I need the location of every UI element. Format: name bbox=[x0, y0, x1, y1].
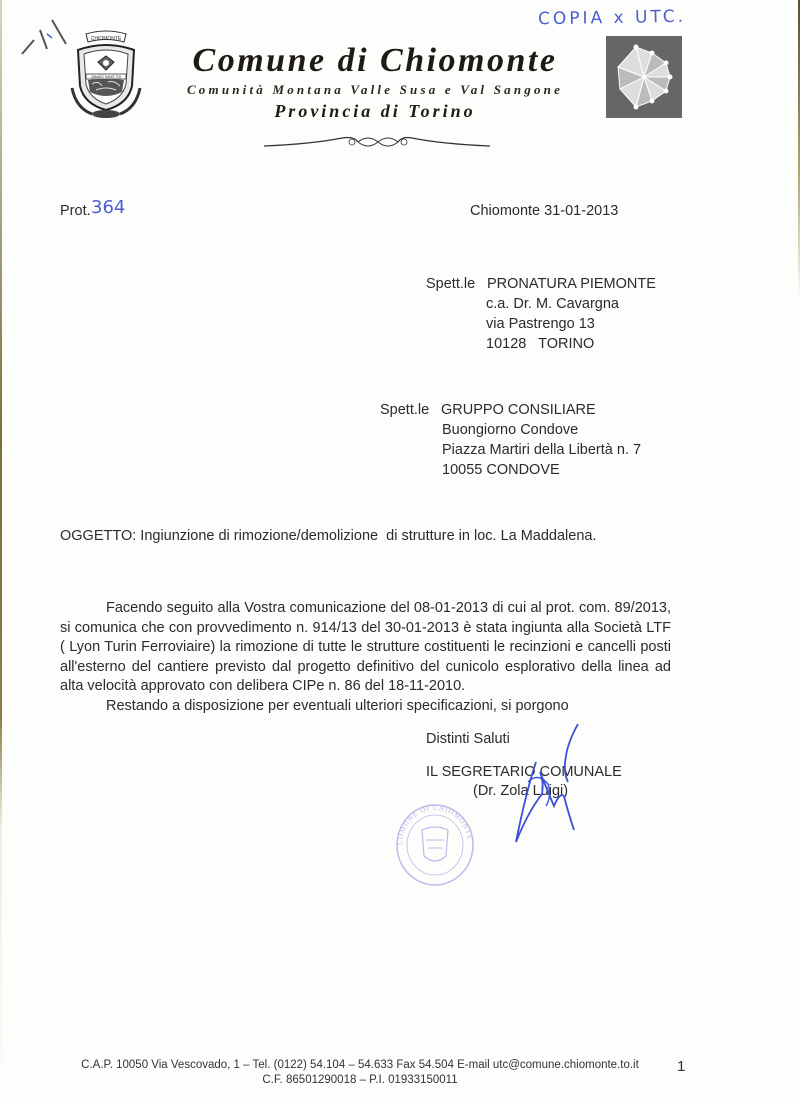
protocol-number: 364 bbox=[91, 197, 125, 218]
body-paragraph: Facendo seguito alla Vostra comunicazion… bbox=[60, 599, 671, 697]
recipient-line: via Pastrengo 13 bbox=[486, 314, 656, 334]
municipality-title: Comune di Chiomonte bbox=[160, 42, 590, 80]
recipient-line: 10055 CONDOVE bbox=[442, 460, 641, 480]
footer-tax-ids: C.F. 86501290018 – P.I. 01933150011 bbox=[60, 1074, 660, 1086]
letter-body: Facendo seguito alla Vostra comunicazion… bbox=[60, 599, 671, 717]
official-stamp-icon: COMUNE DI CHIOMONTE bbox=[392, 800, 478, 890]
recipient-line: c.a. Dr. M. Cavargna bbox=[486, 294, 656, 314]
recipient-prefix: Spett.le bbox=[426, 274, 487, 294]
recipient-line: 10128 TORINO bbox=[486, 334, 656, 354]
protocol-label: Prot. bbox=[60, 201, 91, 221]
recipient-line: Piazza Martiri della Libertà n. 7 bbox=[442, 440, 641, 460]
closing-salutation: Distinti Saluti bbox=[426, 729, 510, 749]
scan-edge-left bbox=[0, 0, 2, 1101]
subject-line: OGGETTO: Ingiunzione di rimozione/demoli… bbox=[60, 526, 597, 546]
recipient-name: PRONATURA PIEMONTE bbox=[487, 274, 656, 294]
svg-text:JAMAIS SANS TOI: JAMAIS SANS TOI bbox=[91, 75, 122, 79]
recipient-gruppo-consiliare: Spett.le GRUPPO CONSILIARE Buongiorno Co… bbox=[380, 400, 641, 480]
handwritten-tick-marks bbox=[14, 12, 74, 62]
province-title: Provincia di Torino bbox=[160, 101, 590, 122]
decorative-flourish bbox=[262, 130, 492, 154]
handwritten-copy-note: COPIA x UTC. bbox=[538, 7, 686, 30]
place-date: Chiomonte 31-01-2013 bbox=[470, 201, 618, 221]
coat-of-arms-icon: CHIOMONTE JAMAIS SANS TOI bbox=[68, 28, 144, 120]
recipient-pronatura: Spett.le PRONATURA PIEMONTE c.a. Dr. M. … bbox=[426, 274, 656, 354]
recipient-name: GRUPPO CONSILIARE bbox=[441, 400, 596, 420]
recipient-line: Buongiorno Condove bbox=[442, 420, 641, 440]
page-number: 1 bbox=[677, 1058, 685, 1075]
footer-address: C.A.P. 10050 Via Vescovado, 1 – Tel. (01… bbox=[60, 1059, 660, 1071]
handwritten-signature bbox=[508, 722, 588, 852]
svg-text:CHIOMONTE: CHIOMONTE bbox=[91, 36, 122, 42]
recipient-prefix: Spett.le bbox=[380, 400, 441, 420]
municipality-subtitle: Comunità Montana Valle Susa e Val Sangon… bbox=[160, 82, 590, 98]
occitan-cross-icon bbox=[606, 36, 682, 118]
body-paragraph: Restando a disposizione per eventuali ul… bbox=[60, 697, 671, 717]
